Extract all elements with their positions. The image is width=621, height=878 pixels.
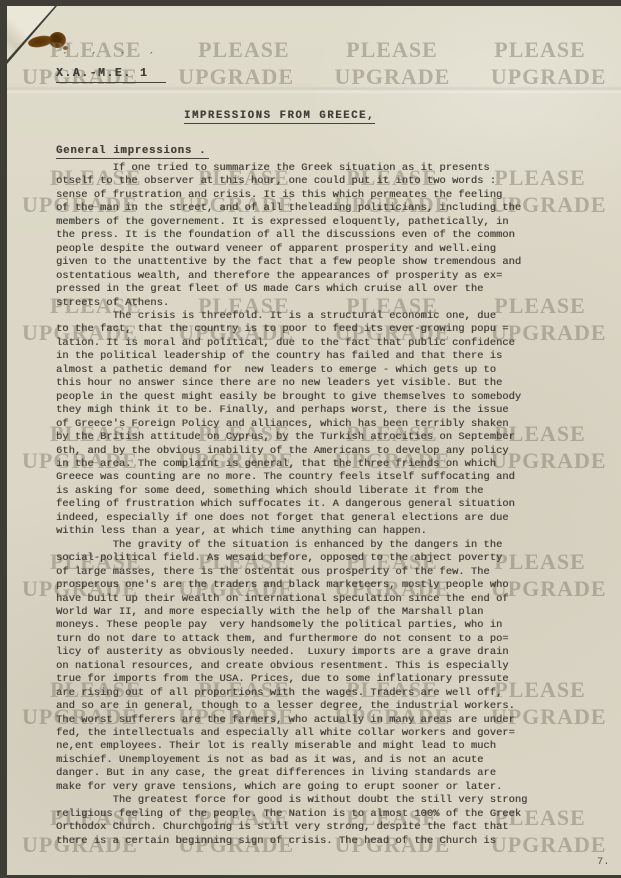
body-text: If one tried to summarize the Greek situ… [56, 162, 616, 848]
page-number: 7. [597, 856, 610, 868]
scanned-document: PLEASE PLEASE PLEASE PLEASE PLEASE UPGRA… [0, 0, 621, 878]
section-heading: General impressions . [56, 145, 209, 159]
tick-marks: ´ ´ ´ ´ [62, 52, 163, 62]
paragraph: If one tried to summarize the Greek situ… [56, 162, 616, 310]
document-reference: X.A.-M.E. 1 [56, 67, 166, 83]
paragraph: The gravity of the situation is enhanced… [56, 539, 616, 795]
paragraph: The greatest force for good is without d… [56, 794, 616, 848]
document-title: IMPRESSIONS FROM GREECE, [184, 110, 375, 124]
paragraph: The crisis is threefold. It is a structu… [56, 310, 616, 539]
